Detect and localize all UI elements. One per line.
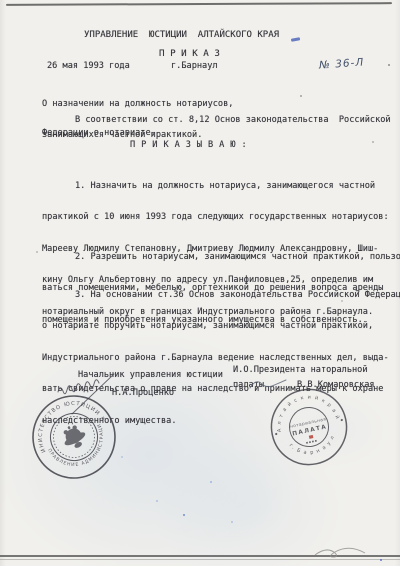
paragraph-line: 2. Разрешить нотариусам, занимающимся ча…	[42, 253, 400, 266]
preamble-line: Федерации о нотариате,	[42, 129, 156, 138]
scan-edge-bottom-shadow	[0, 559, 400, 560]
bottom-scribble-icon	[315, 542, 370, 558]
paragraph-line: о нотариате поручить нотариусам, занимаю…	[42, 322, 400, 335]
stamp-right-notary-seal: А л т а й с к и й к р а й г. Б а р н а у…	[256, 374, 363, 481]
scanned-page: УПРАВЛЕНИЕ ЮСТИЦИИ АЛТАЙСКОГО КРАЯ П Р И…	[0, 0, 400, 566]
scan-specks	[0, 0, 2, 2]
stamp-left-arc-top: МИНИСТЕРСТВО ЮСТИЦИИ РФ	[25, 388, 107, 455]
order-number-handwritten: № 36-Л	[319, 56, 365, 71]
paragraph-line: практикой с 10 июня 1993 года следующих …	[42, 213, 389, 226]
pen-dash-mark	[291, 37, 300, 41]
order-date: 26 мая 1993 года	[47, 62, 130, 71]
order-title: П Р И К А З	[159, 49, 220, 59]
scan-edge-top-line	[6, 2, 392, 6]
order-city: г.Барнаул	[171, 62, 218, 71]
stamp-side-dot	[275, 433, 278, 436]
resolve-word: П Р И К А З Ы В А Ю :	[130, 141, 247, 150]
paragraph-line: 1. Назначить на должность нотариуса, зан…	[42, 182, 389, 195]
stamp-side-dot	[340, 419, 343, 422]
org-header: УПРАВЛЕНИЕ ЮСТИЦИИ АЛТАЙСКОГО КРАЯ	[84, 31, 279, 41]
double-headed-eagle-icon	[58, 421, 89, 453]
svg-text:МИНИСТЕРСТВО ЮСТИЦИИ РФ: МИНИСТЕРСТВО ЮСТИЦИИ РФ	[25, 388, 107, 455]
preamble-line: В соответствии со ст. 8,12 Основ законод…	[75, 116, 391, 125]
red-mark-icon	[309, 435, 314, 439]
subject-line: О назначении на должность нотариусов,	[42, 100, 233, 113]
stamp-dotted-row	[306, 440, 318, 442]
paragraph-line: 3. На основании ст.36 Основ законодатель…	[42, 291, 400, 304]
